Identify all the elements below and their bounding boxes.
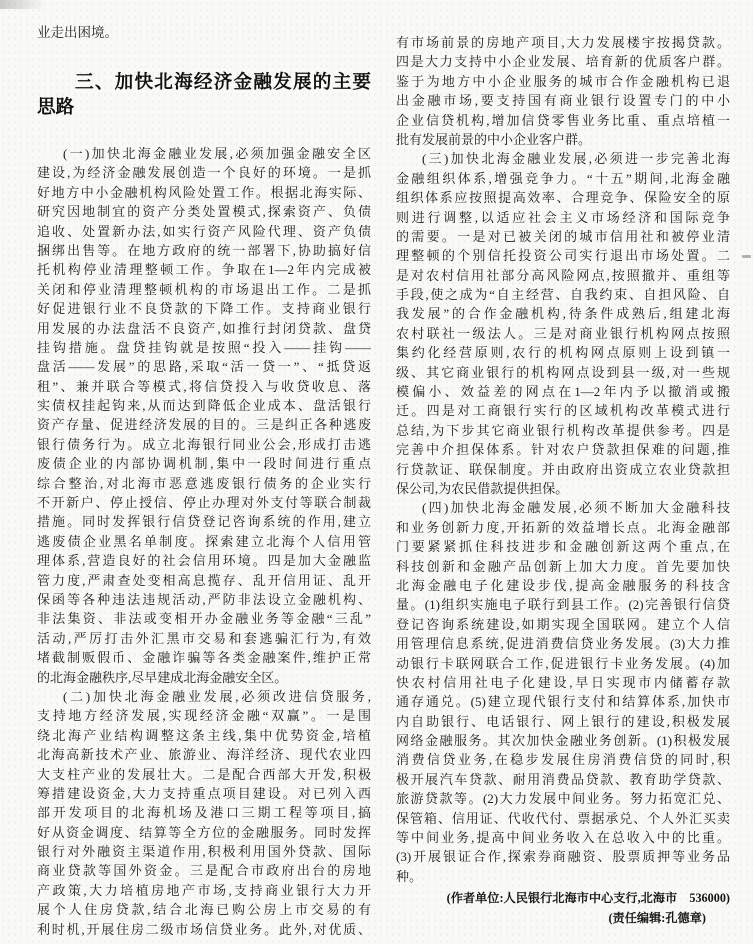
text-line: 组织体系应按照提高效率、合理竞争、保险安全的原 xyxy=(396,188,730,207)
text-line: 逃废债企业黑名单制度。探索建立北海个人信用管 xyxy=(37,532,371,551)
text-line: 批有发展前景的中小企业客户群。 xyxy=(396,130,730,149)
text-line: 种。 xyxy=(396,867,730,886)
text-line: 四是大力支持中小企业发展、培育新的优质客户群。 xyxy=(396,52,730,71)
text-line: 非法集资、非法或变相开办金融业务等金融“三乱” xyxy=(37,609,371,628)
text-line: 绕北海产业结构调整这条主线,集中优势资金,培植 xyxy=(37,726,371,745)
text-line: 用发展的办法盘活不良资产,如推行封闭贷款、盘贷 xyxy=(37,319,371,338)
text-line: 支持地方经济发展,实现经济金融“双赢”。一是围 xyxy=(37,706,371,725)
text-line: 托机构停业清理整顿工作。争取在1—2年内完成被 xyxy=(37,260,371,279)
text-line: 废债企业的内部协调机制,集中一段时间进行重点 xyxy=(37,454,371,473)
text-line: 活动,严厉打击外汇黑市交易和套逃骗汇行为,有效 xyxy=(37,629,371,648)
text-line: 用管理信息系统,促进消费信贷业务发展。(3)大力推 xyxy=(396,634,730,653)
text-line: 北海高新技术产业、旅游业、海洋经济、现代农业四 xyxy=(37,745,371,764)
text-line: 保函等各种违法违规活动,严防非法设立金融机构、 xyxy=(37,590,371,609)
text-line: 好从资金调度、结算等全方位的金融服务。同时发挥 xyxy=(37,823,371,842)
text-line: 捆绑出售等。在地方政府的统一部署下,协助搞好信 xyxy=(37,241,371,260)
text-line: 手段,使之成为“自主经营、自我约束、自担风险、自 xyxy=(396,285,730,304)
text-line: 建设,为经济金融发展创造一个良好的环境。一是抓 xyxy=(37,163,371,182)
text-line: (3)开展银证合作,探索券商融资、股票质押等业务品 xyxy=(396,847,730,866)
text-line: 好地方中小金融机构风险处置工作。根据北海实际、 xyxy=(37,183,371,202)
text-line: 模偏小、效益差的网点在1—2年内予以撤消或搬 xyxy=(396,382,730,401)
text-line: 出金融市场,要支持国有商业银行设置专门的中小 xyxy=(396,91,730,110)
text-line: 企业信贷机构,增加信贷零售业务比重、重点培植一 xyxy=(396,111,730,130)
author-affiliation: (作者单位:人民银行北海市中心支行,北海市 536000) xyxy=(396,888,730,908)
text-line: 总结,为下步其它商业银行机构改革提供参考。四是 xyxy=(396,421,730,440)
continuation-text: 业走出困境。 xyxy=(37,23,371,43)
text-line: 消费信贷业务,在稳步发展住房消费信贷的同时,积 xyxy=(396,750,730,769)
text-line: 金融组织体系,增强竞争力。“十五”期间,北海金融 xyxy=(396,169,730,188)
text-line: 追收、处置新办法,如实行资产风险代理、资产负债 xyxy=(37,222,371,241)
text-line: 登记咨询系统建设,如期实现全国联网。建立个人信 xyxy=(396,615,730,634)
text-line: 网络金融服务。其次加快金融业务创新。(1)积极发展 xyxy=(396,731,730,750)
text-line: 不开新户、停止授信、停止办理对外支付等联合制裁 xyxy=(37,493,371,512)
text-line: 旅游贷款等。(2)大力发展中间业务。努力拓宽汇兑、 xyxy=(396,789,730,808)
text-line: 通存通兑。(5)建立现代银行支付和结算体系,加快市 xyxy=(396,692,730,711)
text-line: 关闭和停业清理整顿机构的市场退出工作。二是抓 xyxy=(37,280,371,299)
text-line: 等中间业务,提高中间业务收入在总收入中的比重。 xyxy=(396,828,730,847)
text-line: 我发展”的合作金融机构,待条件成熟后,组建北海 xyxy=(396,304,730,323)
text-line: 银行债务行为。成立北海银行同业公会,形成打击逃 xyxy=(37,435,371,454)
text-line: 筹措建设资金,大力支持重点项目建设。对已列入西 xyxy=(37,784,371,803)
text-line: 有市场前景的房地产项目,大力发展楼宇按揭贷款。 xyxy=(396,33,730,52)
left-column: 业走出困境。 三、加快北海经济金融发展的主要 思路 (一)加快北海金融业发展,必… xyxy=(37,0,371,939)
text-line: (三)加快北海金融业发展,必须进一步完善北海 xyxy=(396,149,730,168)
text-line: 堵截制贩假币、金融诈骗等各类金融案件,维护正常 xyxy=(37,648,371,667)
text-line: 资产存量、促进经济发展的目的。三是纠正各种逃废 xyxy=(37,415,371,434)
text-line: 级、其它商业银行的机构网点设到县一级,对一些规 xyxy=(396,363,730,382)
text-line: 商业贷款等国外资金。三是配合市政府出台的房地 xyxy=(37,861,371,880)
section-heading: 三、加快北海经济金融发展的主要 思路 xyxy=(37,69,371,119)
text-line: 迁。四是对工商银行实行的区域机构改革模式进行 xyxy=(396,401,730,420)
text-line: 则进行调整,以适应社会主义市场经济和国际竞争 xyxy=(396,208,730,227)
text-line: 挂钩措施。盘贷挂钩就是按照“投入——挂钩—— xyxy=(37,338,371,357)
text-line: 租”、兼并联合等模式,将信贷投入与收贷收息、落 xyxy=(37,377,371,396)
text-line: 量。(1)组织实施电子联行到县工作。(2)完善银行信贷 xyxy=(396,595,730,614)
section-heading-line2: 思路 xyxy=(37,94,371,119)
text-line: 快农村信用社电子化建设,早日实现市内储蓄存款 xyxy=(396,673,730,692)
text-line: 鉴于为地方中小企业服务的城市合作金融机构已退 xyxy=(396,72,730,91)
text-line: 集约化经营原则,农行的机构网点原则上设到镇一 xyxy=(396,343,730,362)
text-line: 理整顿的个别信托投资公司实行退出市场处置。二 xyxy=(396,246,730,265)
text-line: 大支柱产业的发展壮大。二是配合西部大开发,积极 xyxy=(37,765,371,784)
section-heading-line1: 三、加快北海经济金融发展的主要 xyxy=(37,69,371,94)
text-line: 理体系,营造良好的社会信用环境。四是加大金融监 xyxy=(37,551,371,570)
text-line: (四)加快北海金融发展,必须不断加大金融科技 xyxy=(396,498,730,517)
responsible-editor: (责任编辑:孔德章) xyxy=(396,908,730,928)
text-line: 银行对外融资主渠道作用,积极利用国外贷款、国际 xyxy=(37,842,371,861)
text-line: 保管箱、信用证、代收代付、票据承兑、个人外汇买卖 xyxy=(396,809,730,828)
text-line: 部开发项目的北海机场及港口三期工程等项目,搞 xyxy=(37,803,371,822)
text-line: 内自助银行、电话银行、网上银行的建设,积极发展 xyxy=(396,712,730,731)
text-line: 盘活——发展”的思路,采取“活一贷一”、“抵贷返 xyxy=(37,357,371,376)
text-line: 农村联社一级法人。三是对商业银行机构网点按照 xyxy=(396,324,730,343)
text-line: 实债权挂起钩来,从而达到降低企业成本、盘活银行 xyxy=(37,396,371,415)
text-line: 产政策,大力培植房地产市场,支持商业银行大力开 xyxy=(37,881,371,900)
text-line: (一)加快北海金融业发展,必须加强金融安全区 xyxy=(37,144,371,163)
journal-article-page: 业走出困境。 三、加快北海经济金融发展的主要 思路 (一)加快北海金融业发展,必… xyxy=(0,0,753,944)
text-line: 行贷款证、联保制度。并由政府出资成立农业贷款担 xyxy=(396,460,730,479)
scan-artifact xyxy=(742,255,751,258)
text-line: 管力度,严肃查处变相高息揽存、乱开信用证、乱开 xyxy=(37,571,371,590)
text-line: 动银行卡联网联合工作,促进银行卡业务发展。(4)加 xyxy=(396,654,730,673)
right-column: 有市场前景的房地产项目,大力发展楼宇按揭贷款。四是大力支持中小企业发展、培育新的… xyxy=(396,0,730,928)
text-line: 措施。同时发挥银行信贷登记咨询系统的作用,建立 xyxy=(37,512,371,531)
text-line: 保公司,为农民借款提供担保。 xyxy=(396,479,730,498)
text-line: 北海金融电子化建设步伐,提高金融服务的科技含 xyxy=(396,576,730,595)
text-line: 研究因地制宜的资产分类处置模式,探索资产、负债 xyxy=(37,202,371,221)
text-line: 的北海金融秩序,尽早建成北海金融安全区。 xyxy=(37,668,371,687)
text-line: 和业务创新力度,开拓新的效益增长点。北海金融部 xyxy=(396,518,730,537)
text-line: 科技创新和金融产品创新上加大力度。首先要加快 xyxy=(396,557,730,576)
right-column-body-text: 有市场前景的房地产项目,大力发展楼宇按揭贷款。四是大力支持中小企业发展、培育新的… xyxy=(396,33,730,886)
text-line: 极开展汽车贷款、耐用消费品贷款、教育助学贷款、 xyxy=(396,770,730,789)
text-line: 是对农村信用社部分高风险网点,按照撤并、重组等 xyxy=(396,266,730,285)
text-line: 好促进银行业不良贷款的下降工作。支持商业银行 xyxy=(37,299,371,318)
text-line: 利时机,开展住房二级市场信贷业务。此外,对优质、 xyxy=(37,920,371,939)
text-line: 展个人住房贷款,结合北海已购公房上市交易的有 xyxy=(37,900,371,919)
text-line: 的需要。一是对已被关闭的城市信用社和被停业清 xyxy=(396,227,730,246)
text-line: (二)加快北海金融业发展,必须改进信贷服务, xyxy=(37,687,371,706)
left-column-body-text: (一)加快北海金融业发展,必须加强金融安全区建设,为经济金融发展创造一个良好的环… xyxy=(37,144,371,939)
text-line: 综合整治,对北海市恶意逃废银行债务的企业实行 xyxy=(37,474,371,493)
text-line: 完善中介担保体系。针对农户贷款担保难的问题,推 xyxy=(396,440,730,459)
text-line: 门要紧紧抓住科技进步和金融创新这两个重点,在 xyxy=(396,537,730,556)
